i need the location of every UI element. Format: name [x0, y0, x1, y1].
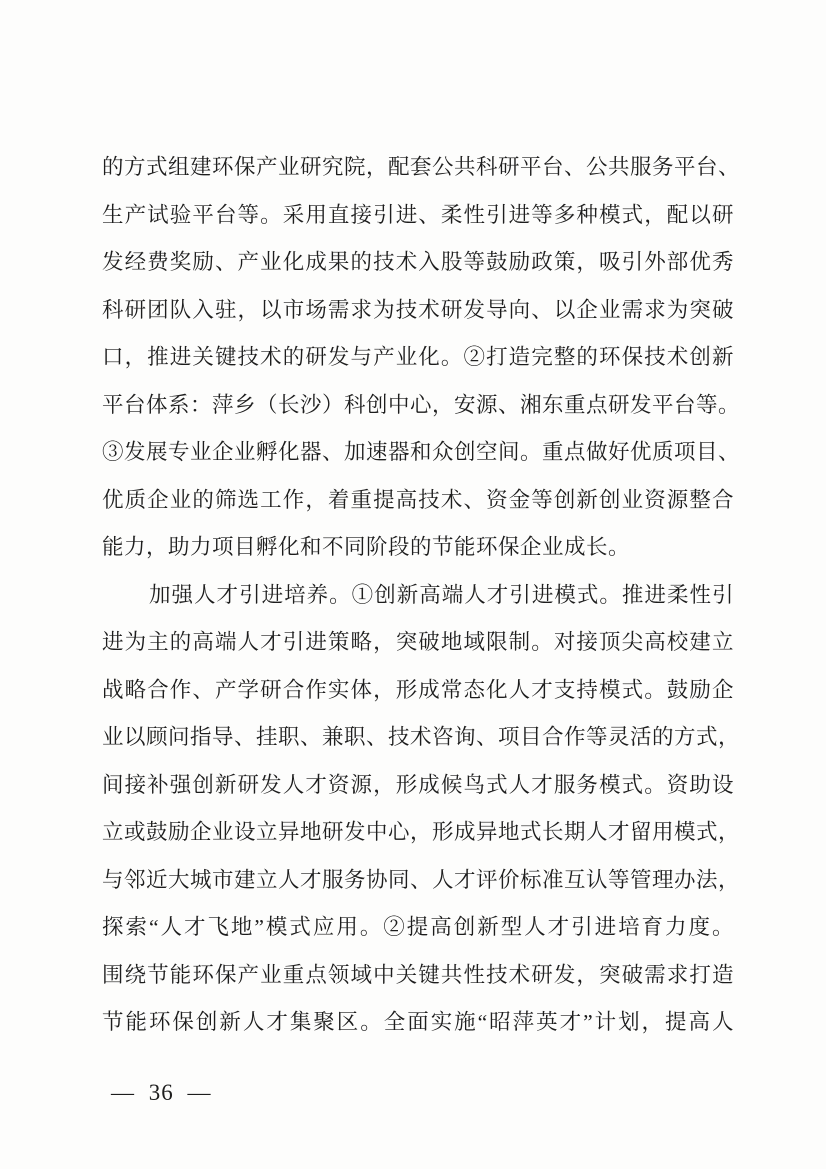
text-line: 进为主的高端人才引进策略，突破地域限制。对接顶尖高校建立	[102, 619, 734, 667]
text-line: 优质企业的筛选工作，着重提高技术、资金等创新创业资源整合	[102, 477, 734, 525]
text-line: 发经费奖励、产业化成果的技术入股等鼓励政策，吸引外部优秀	[102, 239, 734, 287]
text-line: 生产试验平台等。采用直接引进、柔性引进等多种模式，配以研	[102, 192, 734, 240]
body-text: 的方式组建环保产业研究院，配套公共科研平台、公共服务平台、 生产试验平台等。采用…	[102, 144, 734, 1047]
text-line: 能力，助力项目孵化和不同阶段的节能环保企业成长。	[102, 524, 734, 572]
paragraph-1: 的方式组建环保产业研究院，配套公共科研平台、公共服务平台、 生产试验平台等。采用…	[102, 144, 734, 572]
text-line: 与邻近大城市建立人才服务协同、人才评价标准互认等管理办法，	[102, 857, 734, 905]
paragraph-2: 加强人才引进培养。①创新高端人才引进模式。推进柔性引 进为主的高端人才引进策略，…	[102, 572, 734, 1047]
text-line: 围绕节能环保产业重点领域中关键共性技术研发，突破需求打造	[102, 952, 734, 1000]
document-page: 的方式组建环保产业研究院，配套公共科研平台、公共服务平台、 生产试验平台等。采用…	[0, 0, 826, 1169]
text-line: 业以顾问指导、挂职、兼职、技术咨询、项目合作等灵活的方式，	[102, 714, 734, 762]
text-line: 探索“人才飞地”模式应用。②提高创新型人才引进培育力度。	[102, 904, 734, 952]
text-line: 加强人才引进培养。①创新高端人才引进模式。推进柔性引	[102, 572, 734, 620]
text-line: 战略合作、产学研合作实体，形成常态化人才支持模式。鼓励企	[102, 667, 734, 715]
text-line: 平台体系：萍乡（长沙）科创中心，安源、湘东重点研发平台等。	[102, 382, 734, 430]
text-line: 节能环保创新人才集聚区。全面实施“昭萍英才”计划，提高人	[102, 999, 734, 1047]
text-line: 的方式组建环保产业研究院，配套公共科研平台、公共服务平台、	[102, 144, 734, 192]
page-number: — 36 —	[111, 1079, 212, 1107]
text-line: 立或鼓励企业设立异地研发中心，形成异地式长期人才留用模式，	[102, 809, 734, 857]
text-line: ③发展专业企业孵化器、加速器和众创空间。重点做好优质项目、	[102, 429, 734, 477]
text-line: 口，推进关键技术的研发与产业化。②打造完整的环保技术创新	[102, 334, 734, 382]
text-line: 科研团队入驻，以市场需求为技术研发导向、以企业需求为突破	[102, 287, 734, 335]
text-line: 间接补强创新研发人才资源，形成候鸟式人才服务模式。资助设	[102, 762, 734, 810]
